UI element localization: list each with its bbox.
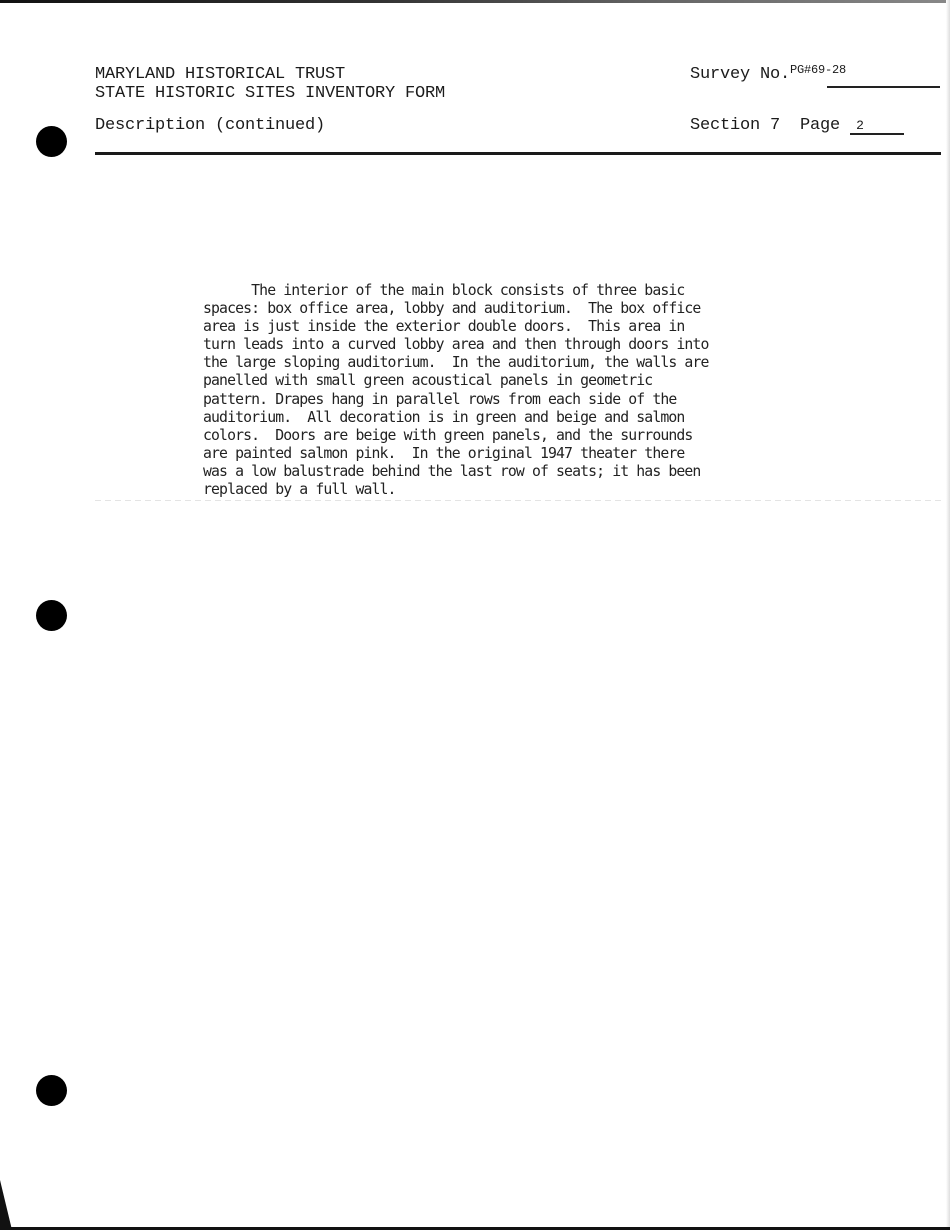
section-page-field: Section 7 Page 2 — [690, 117, 904, 135]
bleed-through-line — [95, 500, 941, 501]
body-line: pattern. Drapes hang in parallel rows fr… — [203, 390, 791, 408]
description-label: Description (continued) — [95, 117, 325, 135]
section-label: Section 7 — [690, 116, 780, 135]
scan-top-edge — [0, 0, 950, 3]
body-line: turn leads into a curved lobby area and … — [203, 335, 791, 353]
survey-label: Survey No. — [690, 65, 790, 84]
body-line: was a low balustrade behind the last row… — [203, 462, 791, 480]
body-line: replaced by a full wall. — [203, 480, 791, 498]
body-line: spaces: box office area, lobby and audit… — [203, 299, 791, 317]
punch-hole-icon — [36, 1075, 67, 1106]
body-line: the large sloping auditorium. In the aud… — [203, 353, 791, 371]
punch-hole-icon — [36, 600, 67, 631]
body-line: are painted salmon pink. In the original… — [203, 444, 791, 462]
punch-hole-icon — [36, 126, 67, 157]
header-divider — [95, 152, 941, 155]
page-number: 2 — [850, 119, 904, 135]
description-body: The interior of the main block consists … — [203, 281, 791, 498]
organization-name: MARYLAND HISTORICAL TRUST — [95, 66, 345, 84]
survey-number-underline — [827, 86, 940, 88]
survey-number: PG#69-28 — [790, 63, 846, 77]
scan-right-edge — [946, 0, 950, 1230]
scan-corner — [0, 1180, 12, 1230]
survey-number-field: Survey No.PG#69-28 — [690, 66, 846, 84]
body-line: area is just inside the exterior double … — [203, 317, 791, 335]
body-line: panelled with small green acoustical pan… — [203, 371, 791, 389]
form-title: STATE HISTORIC SITES INVENTORY FORM — [95, 85, 445, 103]
body-line: colors. Doors are beige with green panel… — [203, 426, 791, 444]
page-label: Page — [800, 116, 840, 135]
body-line: The interior of the main block consists … — [203, 281, 791, 299]
body-line: auditorium. All decoration is in green a… — [203, 408, 791, 426]
